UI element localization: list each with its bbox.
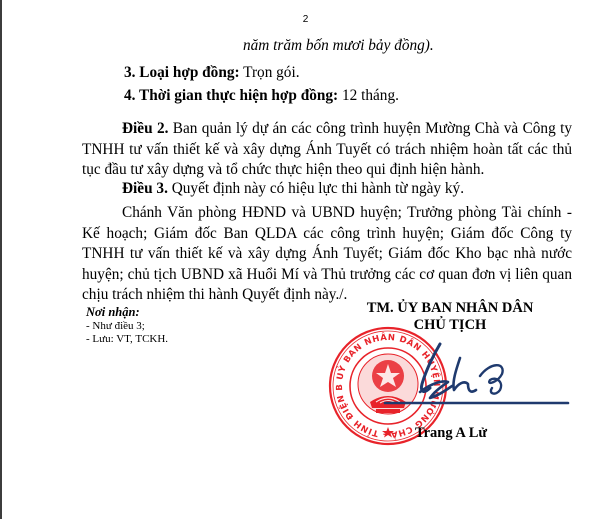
article-3-label: Điều 3. <box>122 180 168 197</box>
recipient-item: - Như điều 3; <box>86 320 168 333</box>
contract-duration-value: 12 tháng. <box>338 87 399 104</box>
contract-type-value: Trọn gói. <box>240 64 300 81</box>
article-3: Điều 3. Quyết định này có hiệu lực thi h… <box>82 179 572 200</box>
article-2: Điều 2. Ban quản lý dự án các công trình… <box>82 119 572 181</box>
article-2-label: Điều 2. <box>122 120 168 137</box>
recipient-item: - Lưu: VT, TCKH. <box>86 333 168 346</box>
recipients-title: Nơi nhận: <box>86 305 168 320</box>
contract-type: 3. Loại hợp đồng: Trọn gói. <box>124 64 300 81</box>
handwritten-signature-icon <box>330 340 575 420</box>
execution-paragraph: Chánh Văn phòng HĐND và UBND huyện; Trưở… <box>82 203 572 306</box>
window-left-border <box>0 0 2 519</box>
contract-type-label: 3. Loại hợp đồng: <box>124 64 240 81</box>
contract-duration-label: 4. Thời gian thực hiện hợp đồng: <box>124 87 338 104</box>
article-3-text: Quyết định này có hiệu lực thi hành từ n… <box>168 180 464 197</box>
signature-org: TM. ỦY BAN NHÂN DÂN <box>330 300 570 317</box>
page-number: 2 <box>0 14 611 25</box>
contract-duration: 4. Thời gian thực hiện hợp đồng: 12 thán… <box>124 87 399 104</box>
amount-continuation: năm trăm bốn mươi bảy đồng). <box>243 37 434 54</box>
signer-name: Trang A Lử <box>415 425 487 442</box>
recipients-block: Nơi nhận: - Như điều 3; - Lưu: VT, TCKH. <box>86 305 168 346</box>
